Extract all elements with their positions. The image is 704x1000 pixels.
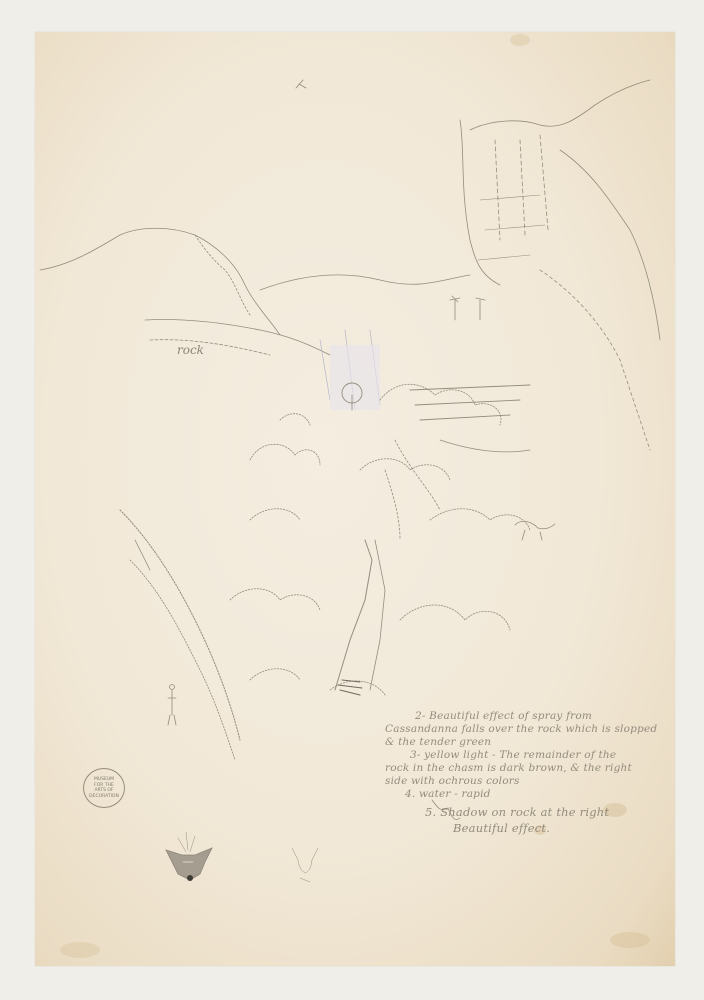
annotation-line: Beautiful effect. bbox=[453, 822, 550, 835]
annotation-line: 4. water - rapid bbox=[405, 788, 491, 801]
annotation-line: & the tender green bbox=[385, 736, 491, 749]
rock-label: rock bbox=[177, 343, 204, 357]
dog-head-sketch bbox=[166, 832, 212, 881]
paper-sheet: rock 2- Beautiful effect of spray from C… bbox=[35, 32, 675, 966]
collection-stamp: MUSEUM FOR THE ARTS OF DECORATION bbox=[83, 768, 125, 808]
annotation-line: rock in the chasm is dark brown, & the r… bbox=[385, 762, 632, 775]
annotation-line: 2- Beautiful effect of spray from bbox=[415, 710, 592, 723]
annotation-line: 5. Shadow on rock at the right bbox=[425, 806, 609, 819]
annotation-line: 3- yellow light - The remainder of the bbox=[410, 749, 616, 762]
annotation-line: side with ochrous colors bbox=[385, 775, 520, 788]
annotation-line: Cassandanna falls over the rock which is… bbox=[385, 723, 657, 736]
stamp-line: DECORATION bbox=[84, 794, 124, 800]
edge-stains bbox=[60, 34, 650, 958]
landscape-sketch bbox=[0, 0, 704, 1000]
